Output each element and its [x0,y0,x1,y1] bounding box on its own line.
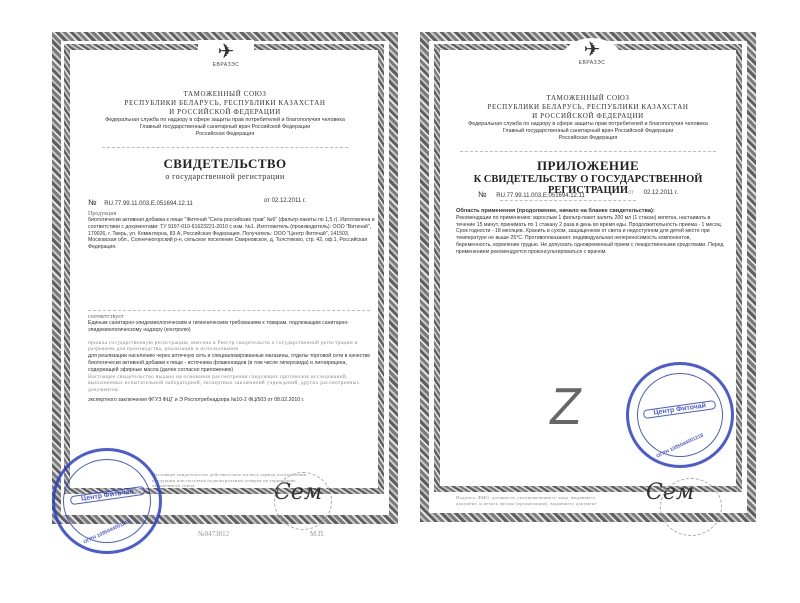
scope-text: Рекомендации по применению: взрослым 1 ф… [456,215,726,256]
company-stamp: Центр Фиточай ОГРН 1095044001218 [52,448,162,554]
header-line: РЕСПУБЛИКИ БЕЛАРУСЬ, РЕСПУБЛИКИ КАЗАХСТА… [440,103,736,112]
certificate-appendix: ✈ ЕВРАЗЭС ТАМОЖЕННЫЙ СОЮЗ РЕСПУБЛИКИ БЕЛ… [420,32,756,522]
official-seal [660,478,722,536]
date-label: от [628,190,634,196]
official-seal [274,472,332,530]
header-line: ТАМОЖЕННЫЙ СОЮЗ [440,94,736,103]
logo-icon: ✈ [562,38,622,60]
certificate-date: 02.12.2011 г. [272,198,306,204]
logo-icon: ✈ [198,40,254,62]
document-title: СВИДЕТЕЛЬСТВО [72,156,378,172]
scope-label: Область применения (продолжение, начало … [456,208,726,215]
basis-statement: Настоящее свидетельство выдано на основа… [88,374,378,394]
mp-label: М.П. [310,530,325,538]
certificate-number: RU.77.99.11.003.Е.051694.12.11 [104,201,193,207]
number-label: № [478,190,487,199]
date-label: от [264,198,270,204]
header-line: РЕСПУБЛИКИ БЕЛАРУСЬ, РЕСПУБЛИКИ КАЗАХСТА… [72,99,378,108]
document-subtitle: о государственной регистрации [72,172,378,181]
header-line: И РОССИЙСКОЙ ФЕДЕРАЦИИ [72,108,378,117]
authority-line: Федеральная служба по надзору в сфере за… [72,117,378,124]
eurasec-logo: ✈ ЕВРАЗЭС [562,38,622,80]
compliance-text: Единым санитарно-эпидемиологическим и ги… [88,320,378,334]
eurasec-logo: ✈ ЕВРАЗЭС [198,40,254,76]
authority-line: Главный государственный санитарный врач … [72,124,378,131]
authority-line: Главный государственный санитарный врач … [440,128,736,135]
authority-line: Российская Федерация [440,135,736,142]
header-line: И РОССИЙСКОЙ ФЕДЕРАЦИИ [440,112,736,121]
document-title: ПРИЛОЖЕНИЕ [440,158,736,174]
product-description: биологически активная добавка к пище "Фи… [88,217,378,251]
authority-line: Федеральная служба по надзору в сфере за… [440,121,736,128]
expert-conclusion: экспертного заключения ФГУЗ ФЦГ и Э Росп… [88,397,378,404]
logo-text: ЕВРАЗЭС [198,62,254,68]
certificate-date: 02.12.2011 г. [644,190,678,196]
registration-certificate: ✈ ЕВРАЗЭС ТАМОЖЕННЫЙ СОЮЗ РЕСПУБЛИКИ БЕЛ… [52,32,398,524]
registration-statement: прошла государственную регистрацию, внес… [88,340,378,354]
header-line: ТАМОЖЕННЫЙ СОЮЗ [72,90,378,99]
logo-text: ЕВРАЗЭС [562,60,622,66]
serial-number: №0473812 [198,530,229,538]
certificate-number: RU.77.99.11.003.Е.051694.12.11 [496,193,585,199]
company-stamp: Центр Фиточай ОГРН 1095044001218 [626,362,734,468]
signatory-statement: Подпись, ФИО, должность уполномоченного … [456,495,606,507]
authority-line: Российская Федерация [72,131,378,138]
usage-scope: для реализации населению через аптечную … [88,353,378,373]
number-label: № [88,198,97,207]
